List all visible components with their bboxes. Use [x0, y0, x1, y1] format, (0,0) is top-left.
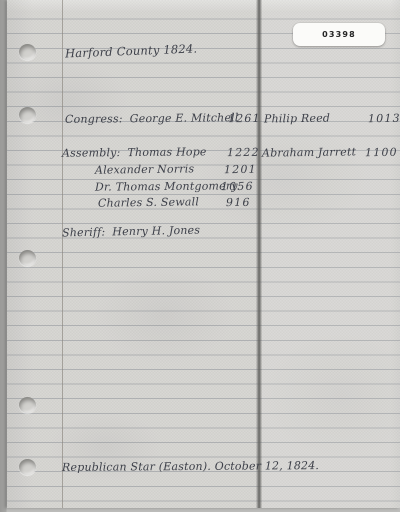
candidate-name: Abraham Jarrett	[262, 145, 356, 159]
vote-count: 916	[226, 196, 251, 209]
candidate-name: Charles S. Sewall	[98, 195, 199, 209]
candidate-name: Henry H. Jones	[112, 224, 200, 239]
notebook-paper: 03398 Harford County 1824. Congress:Geor…	[7, 0, 400, 508]
office-label-sheriff: Sheriff:	[62, 226, 106, 240]
punch-hole	[19, 459, 36, 475]
catalog-label-sticker: 03398	[293, 23, 385, 46]
margin-line	[62, 0, 63, 508]
vote-count: 1100	[365, 146, 398, 159]
candidate-name: Dr. Thomas Montgomery	[95, 179, 238, 193]
office-label-congress: Congress:	[65, 112, 123, 126]
candidate-name: Thomas Hope	[127, 145, 206, 159]
vote-count: 1222	[227, 146, 260, 159]
punch-hole	[19, 44, 36, 60]
vote-count: 1201	[224, 163, 257, 176]
candidate-name: Philip Reed	[264, 112, 330, 126]
catalog-number: 03398	[322, 30, 356, 39]
candidate-name: Alexander Norris	[95, 162, 194, 176]
candidate-name: George E. Mitchell	[130, 111, 239, 125]
vote-count: 1056	[221, 180, 254, 193]
page-right-shading	[262, 0, 400, 508]
scanned-notebook-page: 03398 Harford County 1824. Congress:Geor…	[0, 0, 400, 512]
punch-hole	[19, 107, 36, 123]
vote-count: 1261	[228, 112, 261, 125]
congress-result-line: Congress:George E. Mitchell	[65, 111, 239, 126]
assembly-result-line: Assembly:Thomas Hope	[62, 145, 207, 160]
punch-hole	[19, 250, 36, 266]
punch-hole	[19, 397, 36, 413]
source-citation: Republican Star (Easton). October 12, 18…	[62, 459, 319, 474]
center-crease-line	[256, 0, 262, 508]
office-label-assembly: Assembly:	[62, 146, 121, 160]
vote-count: 1013	[368, 112, 400, 125]
